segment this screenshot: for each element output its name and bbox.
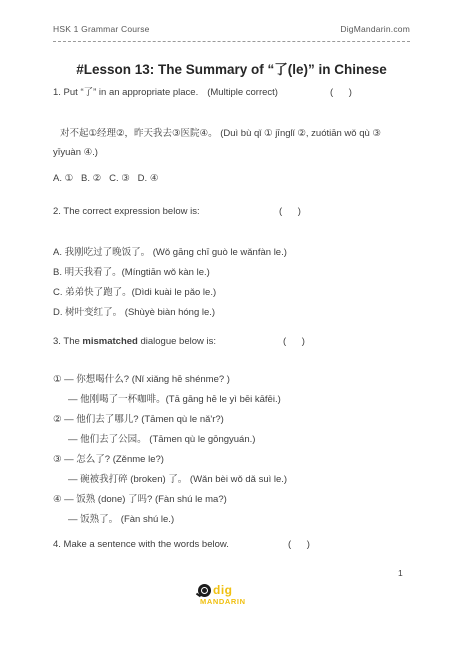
header-course-label: HSK 1 Grammar Course (53, 24, 150, 34)
q1-note: (Multiple correct) (207, 87, 278, 98)
dialogue-line: — 碗被我打碎 (broken) 了。 (Wǎn bèi wǒ dǎ suì l… (53, 470, 410, 490)
q2-options: A. 我刚吃过了晚饭了。 (Wǒ gāng chī guò le wǎnfàn … (53, 243, 410, 323)
q1-sentence-line-2: yīyuàn ④.) (53, 143, 410, 162)
q3-prompt-prefix: 3. The (53, 336, 82, 347)
q2-option-d: D. 树叶变红了。 (Shùyè biàn hóng le.) (53, 303, 410, 323)
q3-prompt-emphasis: mismatched (82, 336, 137, 347)
worksheet-page: HSK 1 Grammar Course DigMandarin.com #Le… (0, 0, 460, 651)
dialogue-line: — 他刚喝了一杯咖啡。(Tā gāng hē le yì bēi kāfēi.) (53, 390, 410, 410)
dialogue-line: ① — 你想喝什么? (Nǐ xiǎng hē shénme? ) (53, 370, 410, 390)
q4-prompt: 4. Make a sentence with the words below. (53, 539, 229, 550)
question-3-prompt-row: 3. The mismatched dialogue below is: ( ) (53, 336, 410, 348)
q2-option-b: B. 明天我看了。(Míngtiān wǒ kàn le.) (53, 263, 410, 283)
magnifier-bug-icon (198, 584, 211, 597)
dialogue-line: ④ — 饭熟 (done) 了吗? (Fàn shú le ma?) (53, 490, 410, 510)
q2-prompt: 2. The correct expression below is: (53, 206, 200, 217)
q1-choices: A. ① B. ② C. ③ D. ④ (53, 172, 410, 186)
question-1-prompt-row: 1. Put “了” in an appropriate place.(Mult… (53, 87, 410, 99)
dialogue-line: — 他们去了公园。 (Tāmen qù le gōngyuán.) (53, 430, 410, 450)
q3-dialogue: ① — 你想喝什么? (Nǐ xiǎng hē shénme? ) — 他刚喝了… (53, 370, 410, 530)
page-number: 1 (398, 568, 403, 578)
question-4-prompt-row: 4. Make a sentence with the words below.… (53, 539, 410, 551)
page-header: HSK 1 Grammar Course DigMandarin.com (53, 24, 410, 34)
dialogue-line: — 饭熟了。 (Fàn shú le.) (53, 510, 410, 530)
lesson-title: #Lesson 13: The Summary of “了(le)” in Ch… (53, 58, 410, 78)
header-divider (53, 41, 410, 42)
q3-answer-blank: ( ) (283, 336, 306, 348)
logo-text-dig: dig (213, 583, 233, 597)
q1-answer-blank: ( ) (330, 87, 353, 99)
footer: dig MANDARIN (0, 582, 460, 612)
header-site-label: DigMandarin.com (340, 24, 410, 34)
q2-option-c: C. 弟弟快了跑了。(Dìdi kuài le pǎo le.) (53, 283, 410, 303)
q4-answer-blank: ( ) (288, 539, 311, 551)
q2-answer-blank: ( ) (279, 206, 302, 218)
dialogue-line: ② — 他们去了哪儿? (Tāmen qù le nǎ'r?) (53, 410, 410, 430)
q1-sentence: 对不起①经理②，昨天我去③医院④。 (Duì bù qǐ ① jīnglǐ ②,… (53, 124, 410, 162)
q1-sentence-line-1: 对不起①经理②，昨天我去③医院④。 (Duì bù qǐ ① jīnglǐ ②,… (53, 124, 410, 143)
dialogue-line: ③ — 怎么了? (Zěnme le?) (53, 450, 410, 470)
digmandarin-logo: dig MANDARIN (198, 582, 262, 612)
q2-option-a: A. 我刚吃过了晚饭了。 (Wǒ gāng chī guò le wǎnfàn … (53, 243, 410, 263)
q3-prompt-suffix: dialogue below is: (138, 336, 216, 347)
q1-prompt: 1. Put “了” in an appropriate place. (53, 87, 198, 98)
logo-text-mandarin: MANDARIN (200, 597, 246, 606)
question-2-prompt-row: 2. The correct expression below is: ( ) (53, 206, 410, 218)
